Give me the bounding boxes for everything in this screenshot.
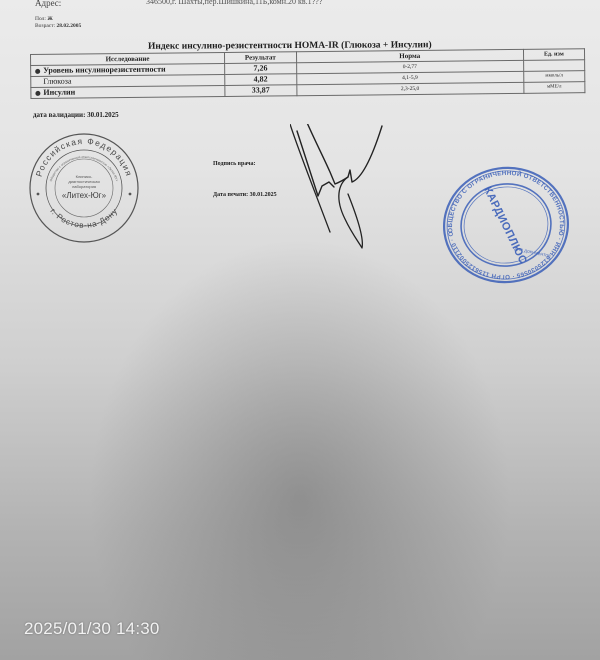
test-name-label: Инсулин: [43, 88, 75, 97]
sex-value: Ж: [47, 16, 52, 22]
address-value: 346500,г. Шахты,пер.Шишкина,11Б,комн.20 …: [146, 0, 322, 6]
sex-field: Пол: Ж: [35, 16, 53, 22]
lab-stamp-name: «Литех-Юг»: [62, 191, 107, 200]
result-value: 4,82: [225, 74, 297, 86]
lab-stamp-outer-bottom: г. Ростов-на-Дону: [48, 207, 119, 230]
clinic-stamp: ОБЩЕСТВО С ОГРАНИЧЕННОЙ ОТВЕТСТВЕННОСТЬЮ…: [432, 156, 579, 293]
svg-text:г. Ростов-на-Дону: г. Ростов-на-Дону: [48, 207, 119, 230]
bullet-icon: [35, 69, 40, 74]
test-name-label: Глюкоза: [43, 77, 71, 86]
doctor-signature: [290, 124, 400, 254]
test-name: Инсулин: [31, 85, 225, 98]
unit-value: ммоль/л: [523, 71, 584, 83]
stamp-dot-icon: [129, 193, 132, 196]
result-value: 33,87: [225, 85, 297, 97]
unit-value: мМЕ/л: [524, 82, 585, 94]
sex-label: Пол:: [35, 16, 46, 22]
print-date-label: Дата печати:: [213, 192, 248, 198]
column-header-result: Результат: [224, 52, 296, 64]
print-date-value: 30.01.2025: [250, 192, 277, 198]
lab-stamp: Российская Федерация г. Ростов-на-Дону О…: [28, 132, 140, 244]
clinic-stamp-name: КАРДИОПЛЮС: [481, 185, 529, 266]
results-table: Исследование Результат Норма Ед. изм Уро…: [30, 48, 585, 99]
age-field: Возраст: 28.02.2005: [35, 23, 81, 29]
lab-stamp-line3: лаборатория: [72, 184, 96, 189]
photo-timestamp: 2025/01/30 14:30: [24, 619, 160, 639]
age-value: 28.02.2005: [57, 23, 82, 29]
unit-value: [523, 60, 584, 72]
print-date: Дата печати: 30.01.2025: [213, 192, 277, 198]
result-value: 7,26: [225, 63, 297, 75]
test-name-label: Уровень инсулинорезистентности: [43, 65, 166, 75]
address-label: Адрес:: [35, 0, 61, 8]
norm-value: 2,3-25,0: [296, 82, 523, 95]
stamp-dot-icon: [37, 193, 40, 196]
validation-label: дата валидации:: [33, 111, 85, 119]
signature-label: Подпись врача:: [213, 161, 256, 167]
validation-date: дата валидации: 30.01.2025: [33, 111, 119, 119]
column-header-unit: Ед. изм: [523, 49, 584, 61]
age-label: Возраст:: [35, 23, 55, 29]
bullet-icon: [35, 91, 40, 96]
validation-value: 30.01.2025: [87, 111, 119, 119]
